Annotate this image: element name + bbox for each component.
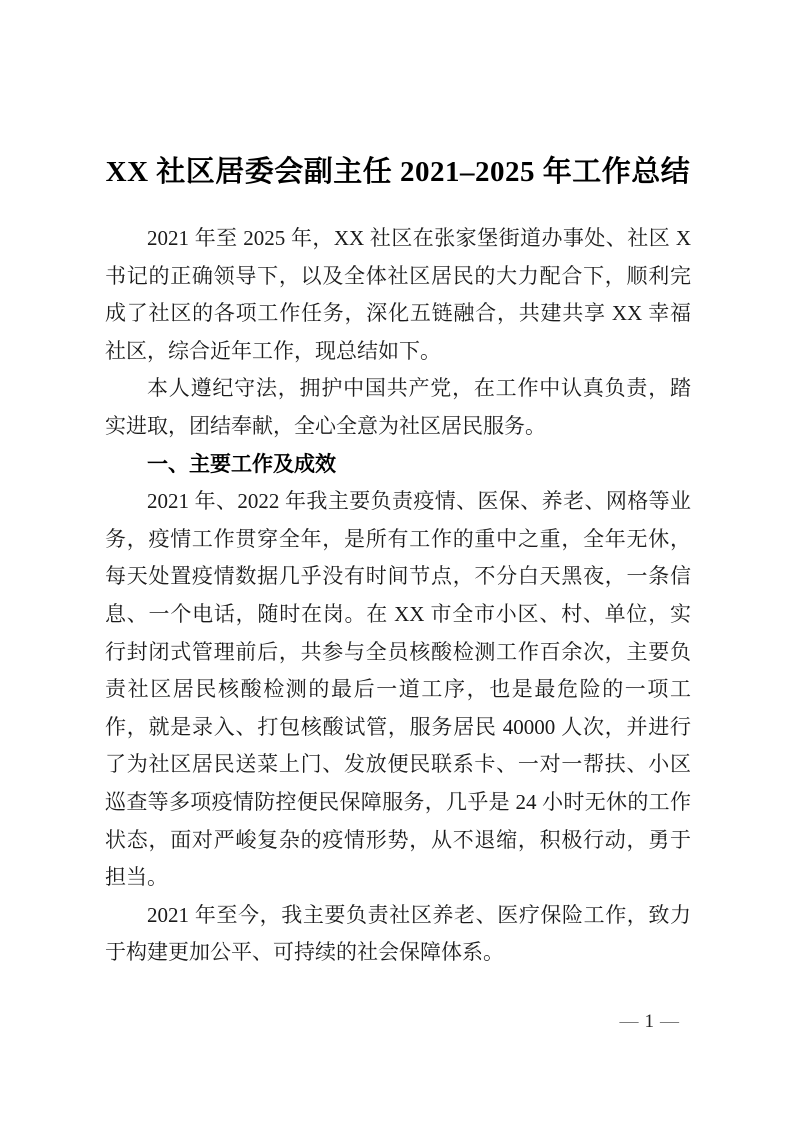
- paragraph-intro: 2021 年至 2025 年，XX 社区在张家堡街道办事处、社区 X 书记的正确…: [105, 220, 691, 370]
- paragraph-pandemic-work: 2021 年、2022 年我主要负责疫情、医保、养老、网格等业务，疫情工作贯穿全…: [105, 483, 691, 897]
- paragraph-self-statement: 本人遵纪守法，拥护中国共产党，在工作中认真负责，踏实进取，团结奉献，全心全意为社…: [105, 370, 691, 445]
- section-heading-main-work: 一、主要工作及成效: [105, 446, 691, 484]
- page-footer: —1—: [614, 1010, 686, 1034]
- document-content: XX 社区居委会副主任 2021–2025 年工作总结 2021 年至 2025…: [105, 150, 691, 972]
- footer-dash-left: —: [614, 1011, 645, 1032]
- document-page: XX 社区居委会副主任 2021–2025 年工作总结 2021 年至 2025…: [0, 0, 793, 1122]
- page-number: 1: [645, 1011, 655, 1032]
- footer-dash-right: —: [654, 1011, 685, 1032]
- document-title: XX 社区居委会副主任 2021–2025 年工作总结: [105, 150, 691, 194]
- paragraph-social-insurance: 2021 年至今，我主要负责社区养老、医疗保险工作，致力于构建更加公平、可持续的…: [105, 897, 691, 972]
